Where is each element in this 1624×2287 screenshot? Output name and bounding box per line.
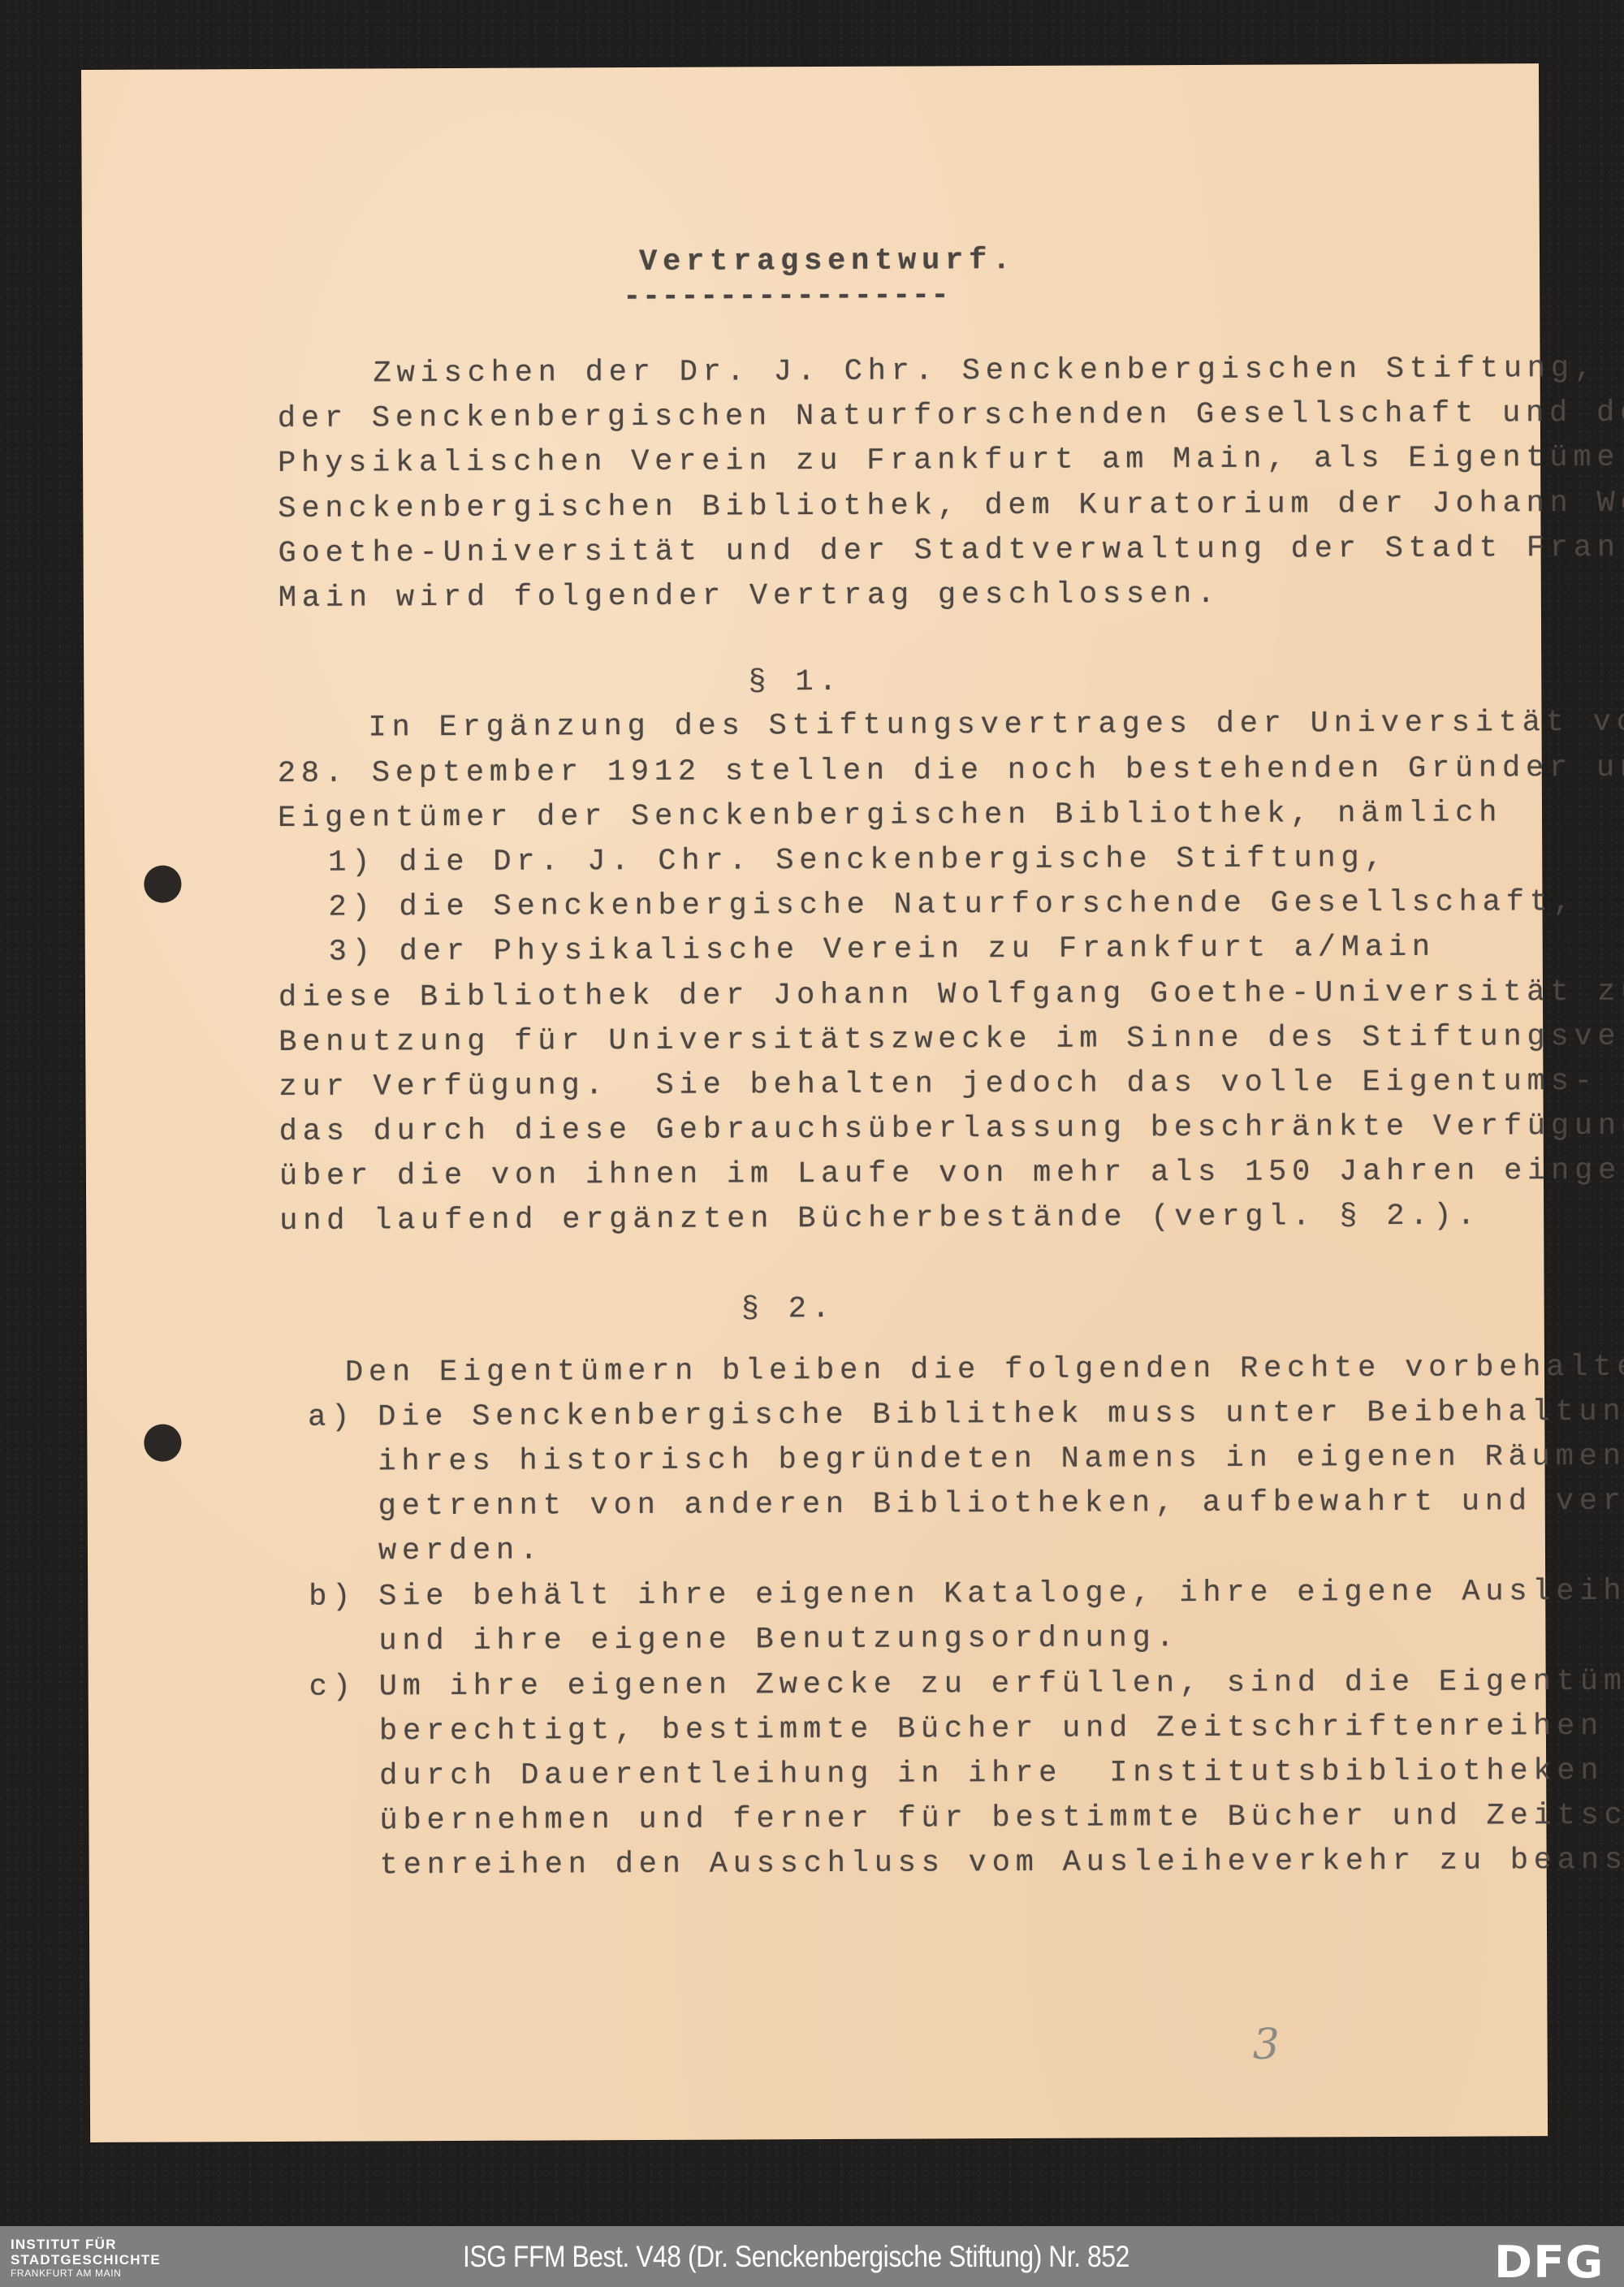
item-a-line: ihres historisch begründeten Namens in e… bbox=[378, 1442, 1624, 1478]
section-1-line: diese Bibliothek der Johann Wolfgang Goe… bbox=[279, 977, 1624, 1013]
preamble-line: Senckenbergischen Bibliothek, dem Kurato… bbox=[278, 488, 1624, 525]
title-underline: ----------------- bbox=[623, 281, 950, 313]
owner-list-item: 3) der Physikalische Verein zu Frankfurt… bbox=[329, 933, 1436, 968]
preamble-line: der Senckenbergischen Naturforschenden G… bbox=[278, 398, 1624, 434]
item-label-c: c) bbox=[309, 1673, 356, 1703]
archive-footer-bar: INSTITUT FÜR STADTGESCHICHTE FRANKFURT A… bbox=[0, 2226, 1624, 2287]
section-1-line: zur Verfügung. Sie behalten jedoch das v… bbox=[279, 1066, 1624, 1103]
institution-line-1: INSTITUT FÜR bbox=[11, 2237, 161, 2251]
item-c-line: durch Dauerentleihung in ihre Institutsb… bbox=[379, 1756, 1624, 1792]
item-b-line: und ihre eigene Benutzungsordnung. bbox=[378, 1623, 1179, 1657]
item-c-line: berechtigt, bestimmte Bücher und Zeitsch… bbox=[379, 1712, 1604, 1748]
section-1-line: 28. September 1912 stellen die noch best… bbox=[278, 753, 1624, 789]
institution-logo: INSTITUT FÜR STADTGESCHICHTE FRANKFURT A… bbox=[11, 2237, 161, 2278]
preamble-line: Goethe-Universität und der Stadtverwaltu… bbox=[279, 533, 1624, 569]
item-a-line: Die Senckenbergische Biblithek muss unte… bbox=[378, 1398, 1624, 1433]
document-title: Vertragsentwurf. bbox=[639, 246, 1016, 278]
owner-list-item: 2) die Senckenbergische Naturforschende … bbox=[328, 888, 1576, 923]
handwritten-page-number: 3 bbox=[1252, 2021, 1279, 2069]
document-page: Vertragsentwurf. ----------------- Zwisc… bbox=[81, 63, 1548, 2142]
section-1-line: und laufend ergänzten Bücherbestände (ve… bbox=[279, 1201, 1480, 1236]
item-c-line: Um ihre eigenen Zwecke zu erfüllen, sind… bbox=[379, 1667, 1624, 1702]
item-label-b: b) bbox=[309, 1583, 356, 1613]
section-1-line: über die von ihnen im Laufe von mehr als… bbox=[279, 1156, 1624, 1192]
institution-line-3: FRANKFURT AM MAIN bbox=[11, 2268, 161, 2278]
section-2-intro: Den Eigentümern bleiben die folgenden Re… bbox=[345, 1352, 1624, 1388]
section-1-heading: § 1. bbox=[748, 668, 842, 698]
owner-list-item: 1) die Dr. J. Chr. Senckenbergische Stif… bbox=[328, 844, 1388, 879]
section-2-heading: § 2. bbox=[741, 1295, 836, 1325]
preamble-line: Main wird folgender Vertrag geschlossen. bbox=[279, 580, 1220, 614]
section-1-line: Benutzung für Universitätszwecke im Sinn… bbox=[279, 1022, 1624, 1058]
section-1-line: Eigentümer der Senckenbergischen Bibliot… bbox=[278, 798, 1502, 834]
item-a-line: getrennt von anderen Bibliotheken, aufbe… bbox=[378, 1486, 1624, 1522]
institution-line-2: STADTGESCHICHTE bbox=[11, 2253, 161, 2267]
item-c-line: übernehmen und ferner für bestimmte Büch… bbox=[379, 1801, 1624, 1836]
section-1-line: In Ergänzung des Stiftungsvertrages der … bbox=[368, 708, 1624, 744]
item-c-line: tenreihen den Ausschluss vom Ausleihever… bbox=[380, 1845, 1624, 1882]
preamble-line: Zwischen der Dr. J. Chr. Senckenbergisch… bbox=[374, 354, 1598, 390]
punch-hole-bottom bbox=[144, 1424, 181, 1461]
item-b-line: Sie behält ihre eigenen Kataloge, ihre e… bbox=[378, 1577, 1624, 1613]
archive-reference: ISG FFM Best. V48 (Dr. Senckenbergische … bbox=[463, 2240, 1129, 2274]
item-label-a: a) bbox=[308, 1403, 355, 1433]
punch-hole-top bbox=[144, 865, 181, 902]
section-1-line: das durch diese Gebrauchsüberlassung bes… bbox=[279, 1111, 1624, 1148]
dfg-logo: DFG bbox=[1494, 2237, 1604, 2287]
preamble-line: Physikalischen Verein zu Frankfurt am Ma… bbox=[278, 443, 1624, 479]
item-a-line: werden. bbox=[378, 1537, 543, 1567]
